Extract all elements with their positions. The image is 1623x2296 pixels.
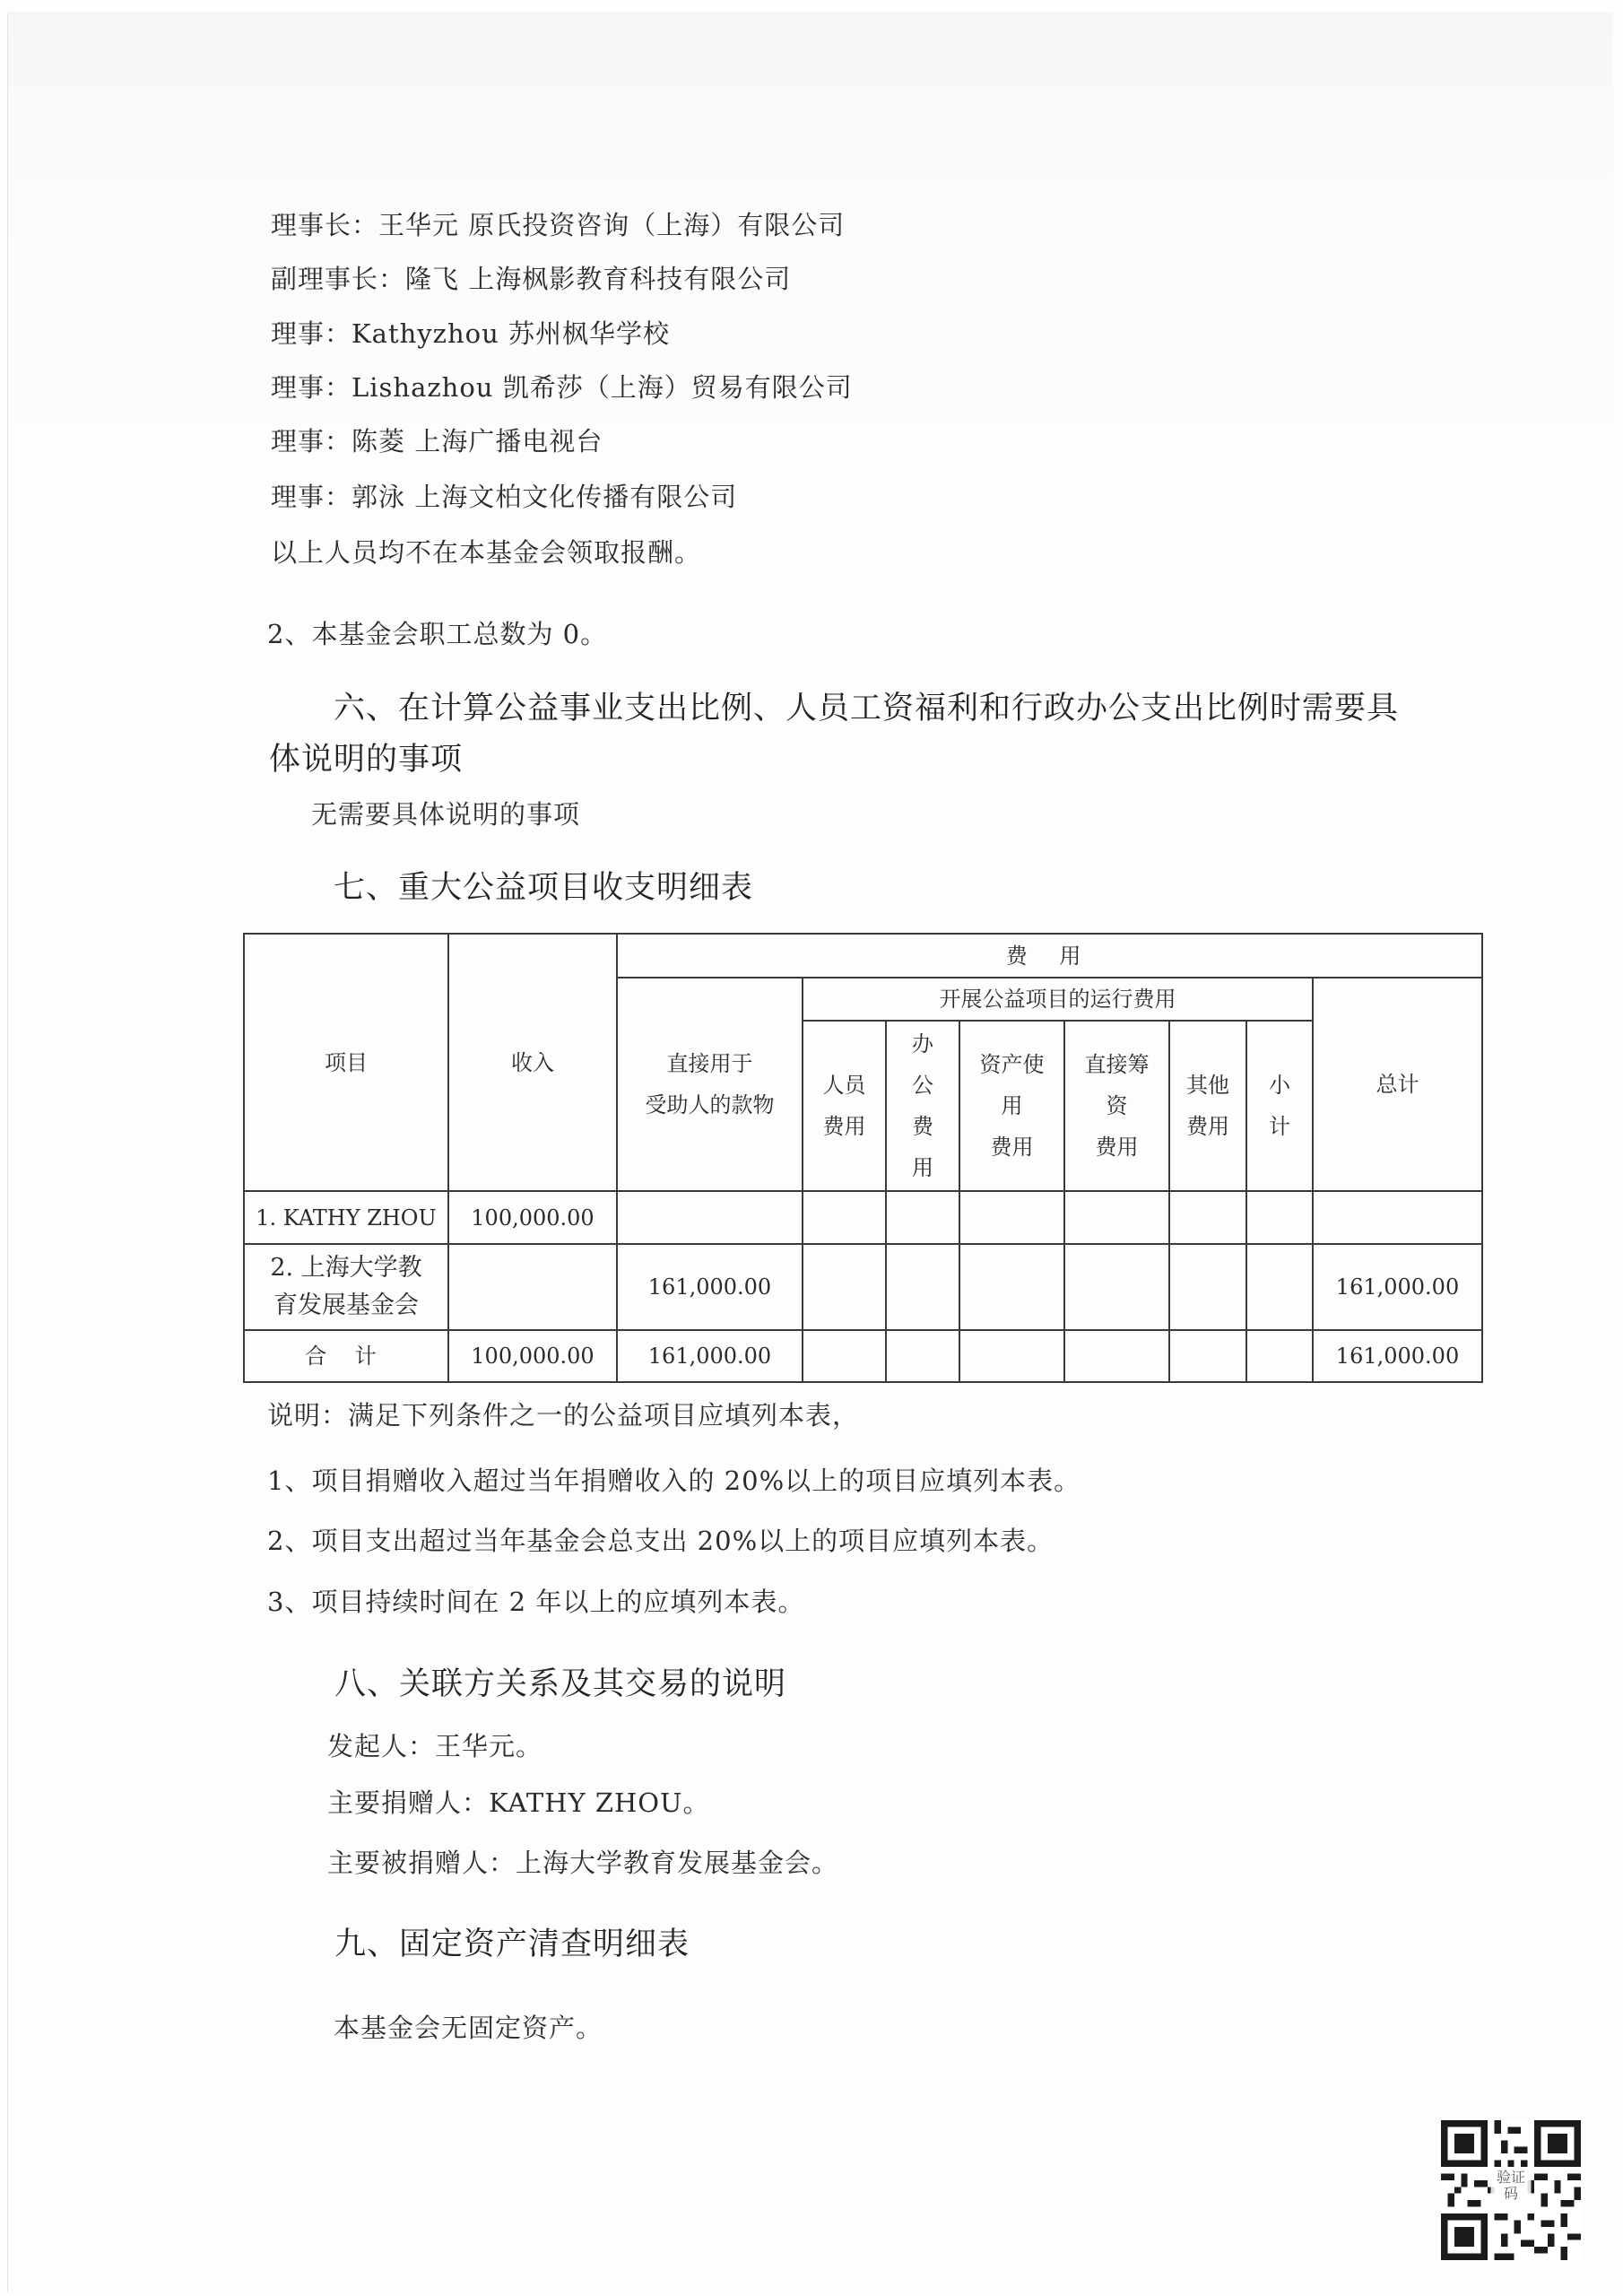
board-member-3: 理事：陈菱 上海广播电视台 [271,425,603,457]
header-fundraising-line2: 资 [1065,1085,1168,1126]
cell-personnel [803,1191,886,1244]
header-income: 收入 [448,934,617,1191]
header-other-line2: 费用 [1170,1106,1245,1147]
header-office-char3: 费 [887,1106,959,1147]
section-9-title: 九、固定资产清查明细表 [334,1926,690,1963]
cell-subtotal [1246,1244,1313,1330]
header-personnel-line1: 人员 [803,1065,885,1106]
main-donee-line: 主要被捐赠人：上海大学教育发展基金会。 [327,1847,838,1879]
cell-project: 合 计 [244,1330,448,1382]
founder-line: 发起人：王华元。 [327,1730,542,1762]
cell-direct: 161,000.00 [617,1330,803,1382]
cell-office [886,1244,959,1330]
header-expenses: 费 用 [617,934,1482,978]
cell-asset [959,1191,1064,1244]
board-member-1: 理事：Kathyzhou 苏州枫华学校 [271,317,670,350]
cell-project: 2. 上海大学教 育发展基金会 [244,1244,448,1330]
cell-other [1169,1244,1246,1330]
header-asset-line1: 资产使 [960,1044,1063,1085]
header-direct-aid-line2: 受助人的款物 [618,1084,802,1126]
section-6-title-line2: 体说明的事项 [269,741,463,778]
cell-personnel [803,1244,886,1330]
no-remuneration-note: 以上人员均不在本基金会领取报酬。 [271,536,701,569]
header-asset-line2: 用 [960,1085,1063,1126]
qr-label-bottom: 码 [1504,2185,1518,2202]
header-subtotal-char2: 计 [1247,1106,1312,1147]
section-6-body: 无需要具体说明的事项 [311,798,580,831]
section-7-title: 七、重大公益项目收支明细表 [334,869,753,907]
header-other-line1: 其他 [1170,1065,1245,1106]
board-vice-chair: 副理事长：隆飞 上海枫影教育科技有限公司 [271,263,791,295]
header-other: 其他 费用 [1169,1021,1246,1191]
header-project: 项目 [244,934,448,1191]
table-row: 1. KATHY ZHOU 100,000.00 [244,1191,1482,1244]
cell-asset [959,1330,1064,1382]
cell-fundraising [1064,1191,1169,1244]
header-office-char2: 公 [887,1065,959,1106]
main-donor-line: 主要捐赠人：KATHY ZHOU。 [327,1787,710,1819]
board-member-4: 理事：郭泳 上海文柏文化传播有限公司 [271,481,737,513]
cell-project-line2: 育发展基金会 [245,1287,447,1325]
cell-total: 161,000.00 [1313,1330,1482,1382]
section-9-body: 本基金会无固定资产。 [334,2012,603,2044]
header-asset-line3: 费用 [960,1126,1063,1168]
cell-fundraising [1064,1244,1169,1330]
header-subtotal: 小 计 [1246,1021,1313,1191]
cell-project-line1: 2. 上海大学教 [245,1249,447,1287]
header-asset-use: 资产使 用 费用 [959,1021,1064,1191]
cell-fundraising [1064,1330,1169,1382]
table-note-1: 1、项目捐赠收入超过当年捐赠收入的 20%以上的项目应填列本表。 [267,1465,1081,1497]
header-subtotal-char1: 小 [1247,1065,1312,1106]
table-note-intro: 说明：满足下列条件之一的公益项目应填列本表， [267,1399,859,1431]
cell-office [886,1330,959,1382]
section-8-title: 八、关联方关系及其交易的说明 [334,1665,786,1703]
cell-total [1313,1191,1482,1244]
qr-label-top: 验证 [1497,2169,1525,2186]
table-row-total: 合 计 100,000.00 161,000.00 161,000.00 [244,1330,1482,1382]
cell-other [1169,1191,1246,1244]
header-direct-aid-line1: 直接用于 [618,1043,802,1084]
header-fundraising-line1: 直接筹 [1065,1044,1168,1085]
cell-personnel [803,1330,886,1382]
staff-count: 2、本基金会职工总数为 0。 [267,618,607,650]
table-note-3: 3、项目持续时间在 2 年以上的应填列本表。 [267,1586,804,1618]
header-personnel-line2: 费用 [803,1106,885,1147]
cell-office [886,1191,959,1244]
cell-income [448,1244,617,1330]
board-chair: 理事长：王华元 原氏投资咨询（上海）有限公司 [271,209,845,241]
header-office-char1: 办 [887,1023,959,1065]
cell-income: 100,000.00 [448,1330,617,1382]
cell-subtotal [1246,1330,1313,1382]
header-personnel: 人员 费用 [803,1021,886,1191]
qr-code-icon: 验证 码 [1441,2119,1581,2261]
cell-direct [617,1191,803,1244]
cell-subtotal [1246,1191,1313,1244]
table-note-2: 2、项目支出超过当年基金会总支出 20%以上的项目应填列本表。 [267,1525,1054,1557]
header-office: 办 公 费 用 [886,1021,959,1191]
header-total: 总计 [1313,978,1482,1191]
header-fundraising: 直接筹 资 费用 [1064,1021,1169,1191]
table-row: 2. 上海大学教 育发展基金会 161,000.00 161,000.00 [244,1244,1482,1330]
header-direct-aid: 直接用于 受助人的款物 [617,978,803,1191]
board-member-2: 理事：Lishazhou 凯希莎（上海）贸易有限公司 [271,371,853,404]
cell-other [1169,1330,1246,1382]
cell-project: 1. KATHY ZHOU [244,1191,448,1244]
header-operating-costs: 开展公益项目的运行费用 [803,978,1313,1021]
cell-total: 161,000.00 [1313,1244,1482,1330]
cell-income: 100,000.00 [448,1191,617,1244]
header-office-char4: 用 [887,1147,959,1188]
major-project-table: 项目 收入 费 用 直接用于 受助人的款物 开展公益项目的运行费用 总计 人员 … [243,933,1483,1383]
header-fundraising-line3: 费用 [1065,1126,1168,1168]
qr-label: 验证 码 [1493,2170,1529,2202]
section-6-title-line1: 六、在计算公益事业支出比例、人员工资福利和行政办公支出比例时需要具 [334,690,1399,727]
cell-direct: 161,000.00 [617,1244,803,1330]
cell-asset [959,1244,1064,1330]
